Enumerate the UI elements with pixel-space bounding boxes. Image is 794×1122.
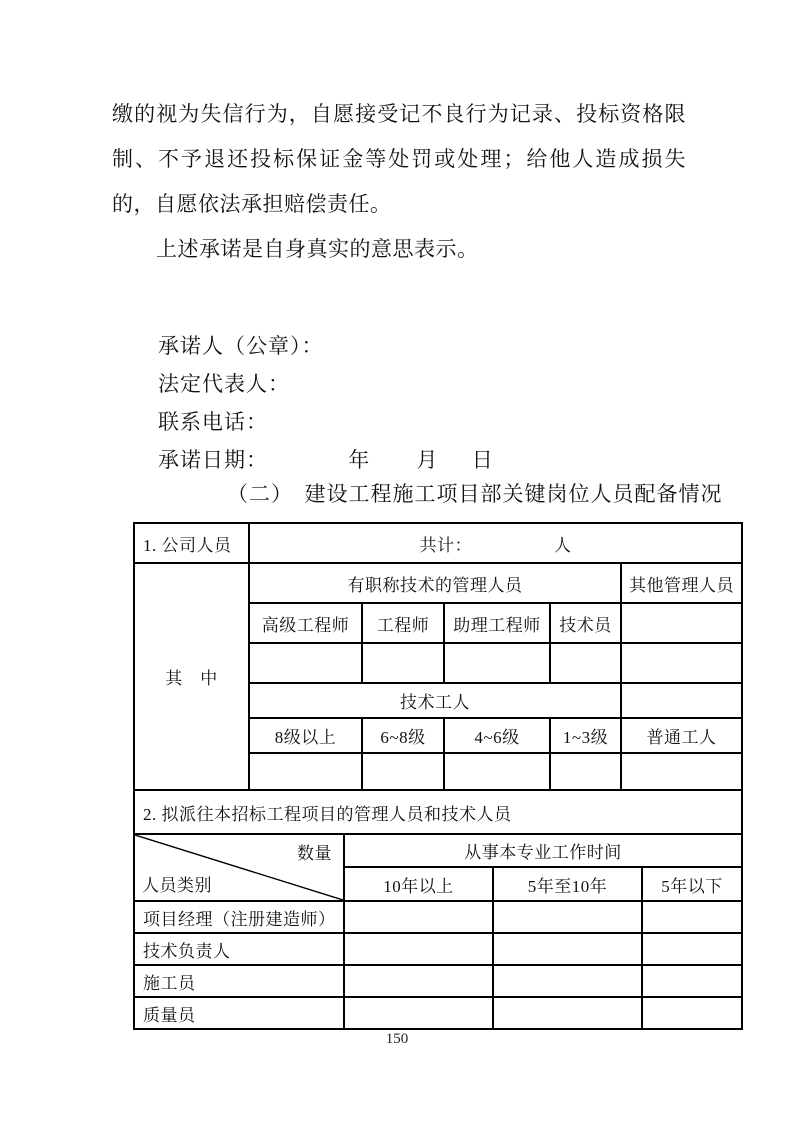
table-row: 技术负责人 bbox=[134, 933, 742, 965]
section-title: （二） 建设工程施工项目部关键岗位人员配备情况 bbox=[227, 478, 723, 508]
year-label: 年 bbox=[348, 448, 370, 472]
project-personnel-table: 2. 拟派往本招标工程项目的管理人员和技术人员 数量 人员类别 从事本专业工作时… bbox=[133, 789, 743, 1030]
table-row: 2. 拟派往本招标工程项目的管理人员和技术人员 bbox=[134, 790, 742, 834]
blank-cell bbox=[344, 997, 493, 1029]
intro-paragraphs: 缴的视为失信行为，自愿接受记不良行为记录、投标资格限制、不予退还投标保证金等处罚… bbox=[112, 92, 686, 272]
work-time-header: 从事本专业工作时间 bbox=[344, 834, 742, 867]
personnel-category-label: 人员类别 bbox=[142, 871, 212, 896]
blank-cell bbox=[642, 997, 742, 1029]
blank-cell bbox=[642, 933, 742, 965]
col-header-under-5-years: 5年以下 bbox=[642, 867, 742, 901]
month-label: 月 bbox=[417, 448, 439, 472]
company-personnel-label: 1. 公司人员 bbox=[134, 523, 249, 563]
table-row: 质量员 bbox=[134, 997, 742, 1029]
commitment-paragraph: 缴的视为失信行为，自愿接受记不良行为记录、投标资格限制、不予退还投标保证金等处罚… bbox=[112, 92, 686, 227]
col-header-grade-8plus: 8级以上 bbox=[249, 718, 362, 753]
quantity-label: 数量 bbox=[297, 839, 332, 864]
blank-cell bbox=[362, 643, 444, 683]
blank-cell bbox=[621, 753, 742, 790]
day-label: 日 bbox=[472, 448, 494, 472]
skilled-worker-header: 技术工人 bbox=[249, 683, 621, 718]
blank-cell bbox=[493, 901, 642, 933]
blank-cell bbox=[249, 643, 362, 683]
promisor-line: 承诺人（公章）： bbox=[158, 327, 494, 365]
blank-cell bbox=[493, 933, 642, 965]
table-row: 1. 公司人员 共计： 人 bbox=[134, 523, 742, 563]
col-header-grade-4to6: 4~6级 bbox=[444, 718, 550, 753]
date-label: 承诺日期： bbox=[158, 448, 268, 472]
blank-cell bbox=[344, 901, 493, 933]
blank-cell bbox=[344, 933, 493, 965]
row-label-project-manager: 项目经理（注册建造师） bbox=[134, 901, 344, 933]
page-number: 150 bbox=[0, 1031, 794, 1048]
personnel-tables: 1. 公司人员 共计： 人 其 中 有职称技术的管理人员 其他管理人员 高级工程… bbox=[133, 522, 741, 1030]
col-header-technician: 技术员 bbox=[550, 603, 621, 643]
blank-cell bbox=[344, 965, 493, 997]
document-page: 缴的视为失信行为，自愿接受记不良行为记录、投标资格限制、不予退还投标保证金等处罚… bbox=[0, 0, 794, 1122]
col-header-grade-6to8: 6~8级 bbox=[362, 718, 444, 753]
diagonal-header-cell: 数量 人员类别 bbox=[134, 834, 344, 901]
row-label-quality-inspector: 质量员 bbox=[134, 997, 344, 1029]
other-mgmt-header: 其他管理人员 bbox=[621, 563, 742, 603]
blank-cell bbox=[642, 901, 742, 933]
date-line: 承诺日期： 年 月 日 bbox=[158, 441, 494, 479]
row-label-technical-director: 技术负责人 bbox=[134, 933, 344, 965]
col-header-over-10-years: 10年以上 bbox=[344, 867, 493, 901]
col-header-engineer: 工程师 bbox=[362, 603, 444, 643]
statement-paragraph: 上述承诺是自身真实的意思表示。 bbox=[112, 227, 686, 272]
blank-cell bbox=[249, 753, 362, 790]
blank-cell bbox=[444, 643, 550, 683]
blank-cell bbox=[621, 603, 742, 643]
table-row: 项目经理（注册建造师） bbox=[134, 901, 742, 933]
among-which-label: 其 中 bbox=[134, 563, 249, 790]
blank-cell bbox=[621, 643, 742, 683]
blank-cell bbox=[550, 643, 621, 683]
project-personnel-section-label: 2. 拟派往本招标工程项目的管理人员和技术人员 bbox=[134, 790, 742, 834]
col-header-senior-engineer: 高级工程师 bbox=[249, 603, 362, 643]
col-header-5-to-10-years: 5年至10年 bbox=[493, 867, 642, 901]
signature-block: 承诺人（公章）： 法定代表人： 联系电话： 承诺日期： 年 月 日 bbox=[158, 327, 494, 479]
total-label: 共计： bbox=[420, 531, 473, 556]
titled-mgmt-header: 有职称技术的管理人员 bbox=[249, 563, 621, 603]
blank-cell bbox=[493, 997, 642, 1029]
col-header-assistant-engineer: 助理工程师 bbox=[444, 603, 550, 643]
phone-line: 联系电话： bbox=[158, 403, 494, 441]
table-row: 其 中 有职称技术的管理人员 其他管理人员 bbox=[134, 563, 742, 603]
blank-cell bbox=[493, 965, 642, 997]
blank-cell bbox=[642, 965, 742, 997]
table-row: 数量 人员类别 从事本专业工作时间 bbox=[134, 834, 742, 867]
blank-cell bbox=[550, 753, 621, 790]
ordinary-worker-header: 普通工人 bbox=[621, 718, 742, 753]
blank-cell bbox=[621, 683, 742, 718]
row-label-construction-worker: 施工员 bbox=[134, 965, 344, 997]
total-count-cell: 共计： 人 bbox=[249, 523, 742, 563]
col-header-grade-1to3: 1~3级 bbox=[550, 718, 621, 753]
table-row: 施工员 bbox=[134, 965, 742, 997]
blank-cell bbox=[362, 753, 444, 790]
legal-rep-line: 法定代表人： bbox=[158, 365, 494, 403]
company-personnel-table: 1. 公司人员 共计： 人 其 中 有职称技术的管理人员 其他管理人员 高级工程… bbox=[133, 522, 743, 791]
blank-cell bbox=[444, 753, 550, 790]
total-unit: 人 bbox=[554, 531, 572, 556]
